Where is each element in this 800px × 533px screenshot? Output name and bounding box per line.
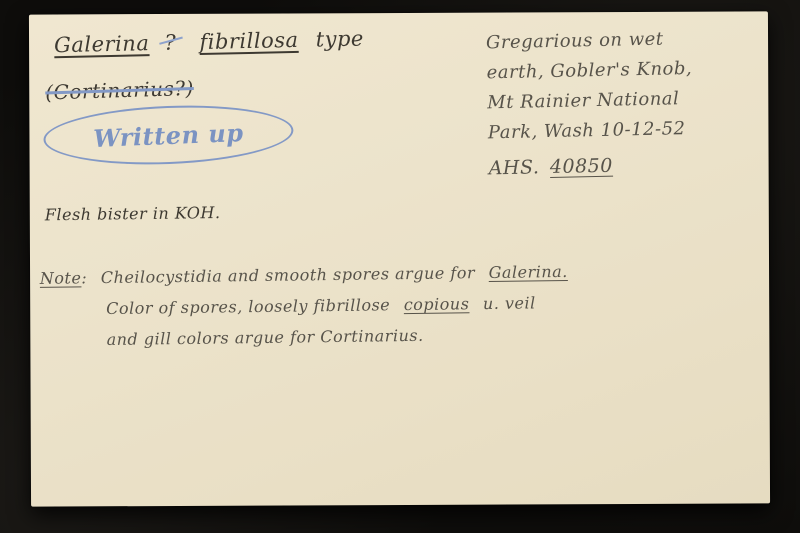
- written-up-text: Written up: [93, 118, 244, 153]
- location-line-2: earth, Gobler's Knob,: [486, 54, 692, 88]
- note-line-1-text: Cheilocystidia and smooth spores argue f…: [101, 263, 475, 287]
- koh-note: Flesh bister in KOH.: [45, 203, 221, 224]
- location-line-1: Gregarious on wet: [486, 24, 692, 58]
- note-label: Note: [40, 268, 82, 288]
- species-name: fibrillosa: [199, 28, 299, 54]
- note-colon: :: [81, 268, 87, 287]
- location-line-4: Park, Wash 10-12-52: [488, 114, 694, 148]
- note-line-2-underlined: copious: [404, 294, 470, 314]
- location-line-3: Mt Rainier National: [487, 84, 693, 118]
- collector-initials: AHS.: [488, 156, 539, 179]
- query-mark-wrap: ?: [164, 31, 176, 55]
- written-up-oval: Written up: [42, 101, 294, 169]
- note-line-3: and gill colors argue for Cortinarius.: [40, 318, 568, 356]
- collection-line: AHS. 40850: [488, 149, 694, 183]
- specimen-index-card: Galerina ? fibrillosa type (Cortinarius?…: [29, 11, 770, 506]
- crossed-out-line: (Cortinarius?): [45, 76, 194, 105]
- note-block: Note: Cheilocystidia and smooth spores a…: [40, 256, 569, 356]
- genus-name: Galerina: [54, 31, 150, 57]
- location-block: Gregarious on wet earth, Gobler's Knob, …: [486, 24, 695, 183]
- note-line-2-text: Color of spores, loosely fibrillose: [106, 295, 390, 318]
- note-line-1-underlined: Galerina.: [489, 262, 568, 282]
- collection-number: 40850: [550, 155, 613, 178]
- type-label: type: [315, 26, 364, 51]
- crossed-out-text: (Cortinarius?): [45, 76, 194, 105]
- title-line: Galerina ? fibrillosa type: [54, 26, 364, 57]
- note-line-2-tail: u. veil: [483, 293, 536, 313]
